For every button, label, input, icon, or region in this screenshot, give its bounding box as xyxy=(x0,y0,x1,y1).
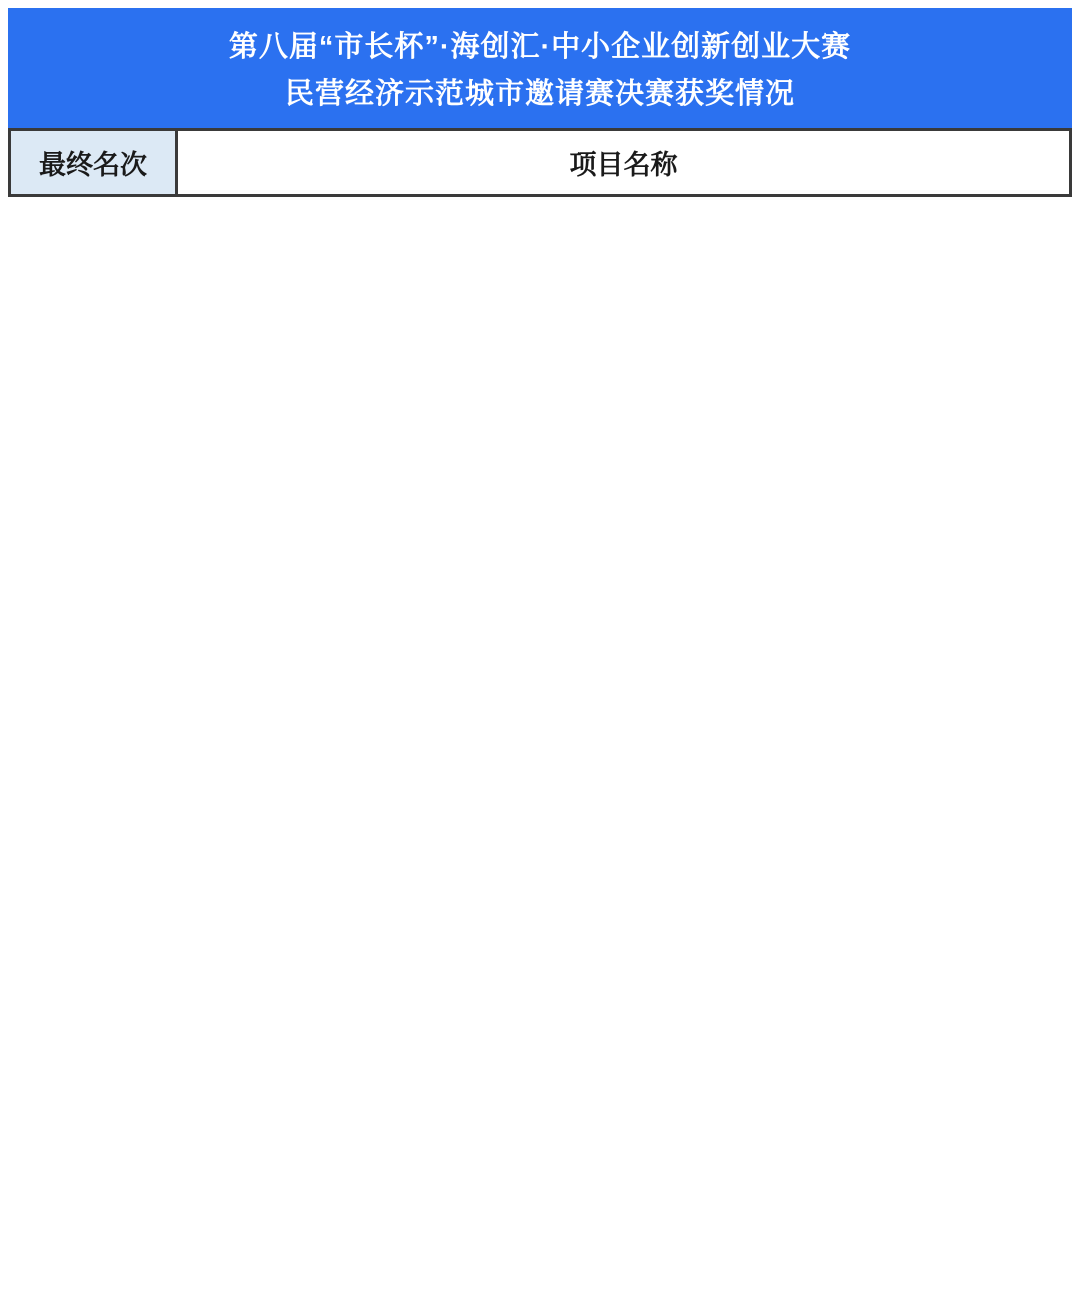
title-line-1: 第八届“市长杯”·海创汇·中小企业创新创业大赛 xyxy=(229,24,851,65)
header-project-cell: 项目名称 xyxy=(177,130,1071,196)
title-line-2: 民营经济示范城市邀请赛决赛获奖情况 xyxy=(285,71,795,112)
title-banner: 第八届“市长杯”·海创汇·中小企业创新创业大赛 民营经济示范城市邀请赛决赛获奖情… xyxy=(8,8,1072,128)
header-rank-cell: 最终名次 xyxy=(10,130,177,196)
page: 第八届“市长杯”·海创汇·中小企业创新创业大赛 民营经济示范城市邀请赛决赛获奖情… xyxy=(0,0,1080,205)
awards-table: 最终名次 项目名称 xyxy=(8,128,1072,197)
header-row: 最终名次 项目名称 xyxy=(10,130,1071,196)
awards-table-head: 最终名次 项目名称 xyxy=(10,130,1071,196)
